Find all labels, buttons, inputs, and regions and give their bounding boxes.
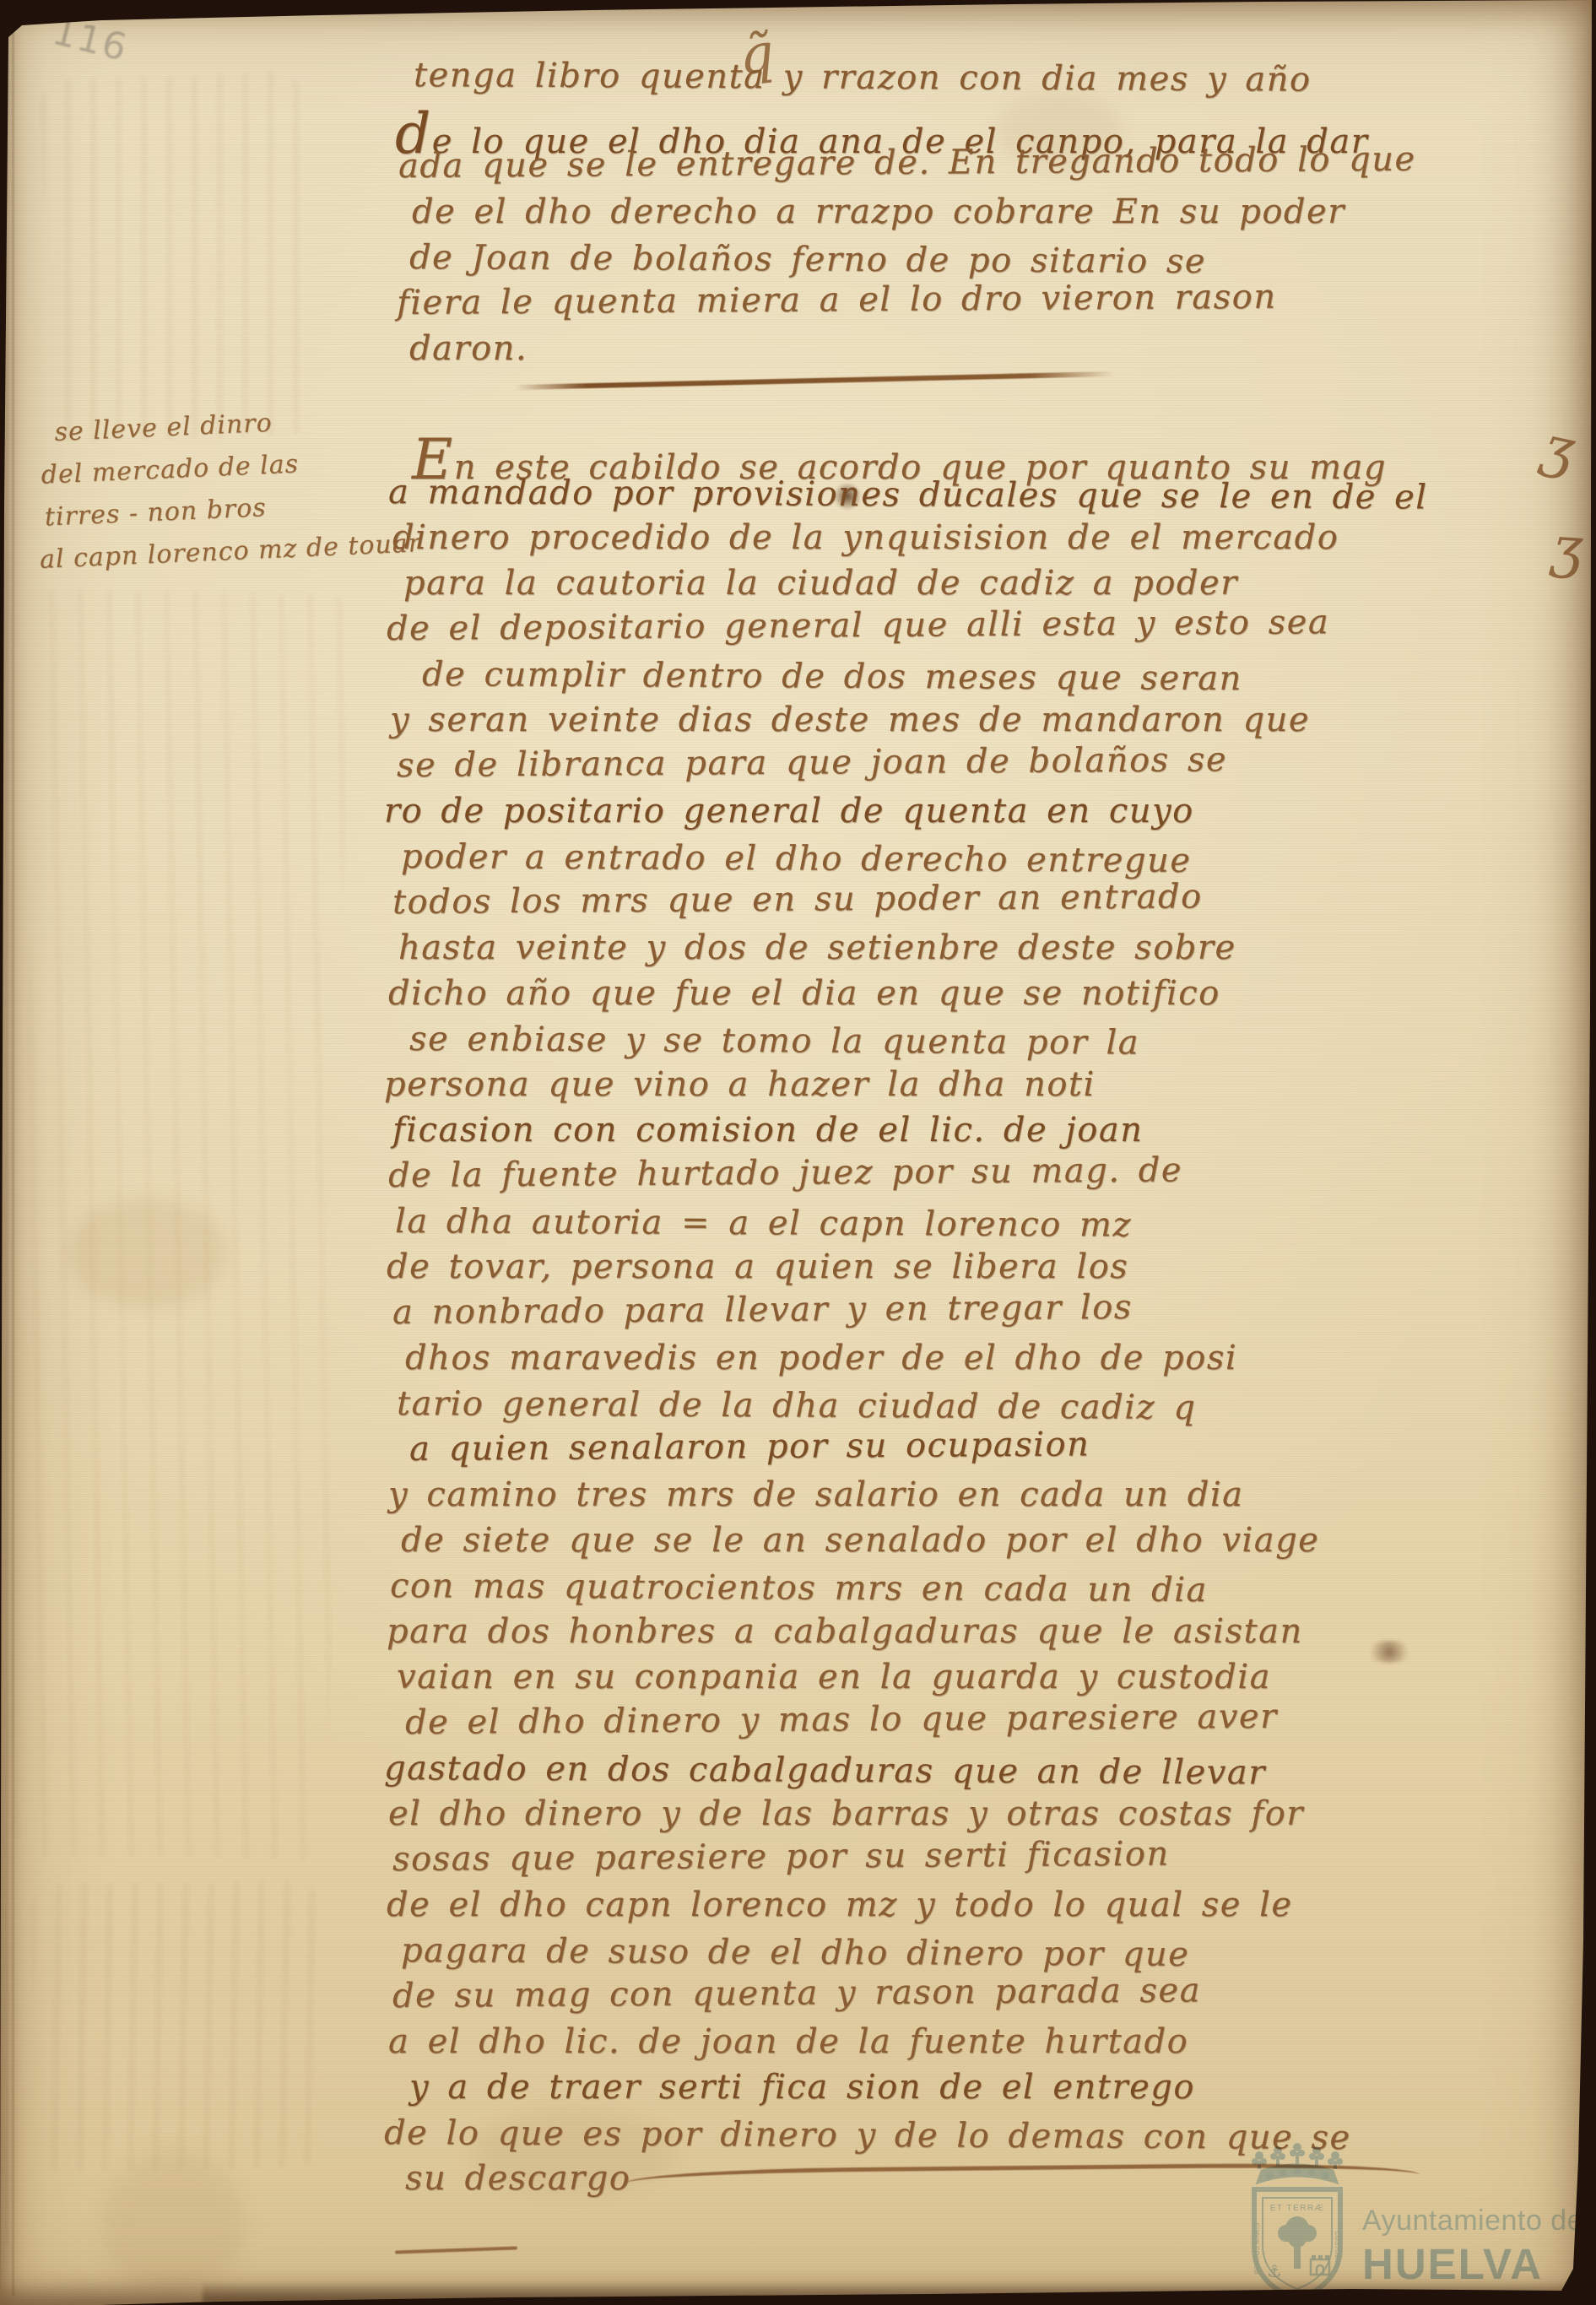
manuscript-line: se de libranca para que joan de bolaños … xyxy=(397,738,1570,792)
huelva-wordmark: Ayuntamiento de HUELVA xyxy=(1362,2205,1583,2289)
ink-showthrough xyxy=(41,72,315,444)
manuscript-line: hasta veinte y dos de setienbre deste so… xyxy=(398,928,1570,974)
manuscript-line: de cumplir dentro de dos meses que seran xyxy=(422,655,1570,706)
margin-note: se lleve el dinrodel mercado de lastirre… xyxy=(39,405,341,587)
paper-stain xyxy=(101,2152,245,2296)
manuscript-line: a mandado por provisiones ducales que se… xyxy=(388,473,1570,524)
manuscript-line: persona que vino a hazer la dha noti xyxy=(384,1065,1570,1111)
huelva-shield-icon: ET TERRÆ PORTUS MARIS CUSTODIA ⚓ xyxy=(1242,2139,1352,2305)
page-number: 116 xyxy=(48,10,133,70)
ink-flourish: ʒ xyxy=(1549,514,1585,581)
shield-motto-left: PORTUS MARIS xyxy=(1253,2223,1261,2275)
manuscript-line: con mas quatrocientos mrs en cada un dia xyxy=(390,1566,1570,1618)
ink-showthrough xyxy=(14,588,349,1859)
manuscript-text: tenga libro quenta y rrazon con dia mes … xyxy=(363,56,1570,2205)
manuscript-line: de el depositario general que alli esta … xyxy=(387,601,1570,655)
shield-motto-right: CUSTODIA xyxy=(1334,2231,1341,2266)
huelva-watermark: ET TERRÆ PORTUS MARIS CUSTODIA ⚓ Ayuntam… xyxy=(1242,2139,1596,2299)
manuscript-line: tenga libro quenta y rrazon con dia mes … xyxy=(414,56,1570,107)
manuscript-line: de siete que se le an senalado por el dh… xyxy=(401,1521,1570,1566)
paper-crease xyxy=(6,51,8,2245)
manuscript-line: gastado en dos cabalgaduras que an de ll… xyxy=(384,1749,1570,1800)
manuscript-line: la dha autoria = a el capn lorenco mz xyxy=(395,1202,1570,1253)
manuscript-line: se enbiase y se tomo la quenta por la xyxy=(409,1020,1570,1071)
manuscript-line: todos los mrs que en su poder an entrado xyxy=(392,874,1570,928)
manuscript-line: dhos maravedis en poder de el dho de pos… xyxy=(405,1339,1570,1384)
watermark-line1: Ayuntamiento de xyxy=(1362,2205,1583,2237)
manuscript-line: y camino tres mrs de salario en cada un … xyxy=(388,1475,1570,1521)
manuscript-line: a el dho lic. de joan de la fuente hurta… xyxy=(388,2022,1570,2068)
ink-showthrough xyxy=(31,1880,323,2172)
manuscript-line: dicho año que fue el dia en que se notif… xyxy=(388,974,1570,1020)
manuscript-line: de el dho capn lorenco mz y todo lo qual… xyxy=(387,1886,1570,1931)
manuscript-line: de su mag con quenta y rason parada sea xyxy=(392,1968,1570,2022)
manuscript-line: daron. xyxy=(409,329,1570,375)
scanned-manuscript-page: { "colors":{ "paper":"#e8d9b3","ink":"#8… xyxy=(0,0,1596,2305)
manuscript-line: y a de traer serti fica sion de el entre… xyxy=(409,2068,1570,2113)
manuscript-line: ro de positario general de quenta en cuy… xyxy=(384,792,1570,837)
manuscript-line: de el dho derecho a rrazpo cobrare En su… xyxy=(412,192,1570,238)
manuscript-line: de la fuente hurtado juez por su mag. de xyxy=(388,1148,1570,1202)
manuscript-line: a quien senalaron por su ocupasion xyxy=(409,1421,1570,1475)
anchor-icon: ⚓ xyxy=(1267,2261,1282,2281)
manuscript-line: a nonbrado para llevar y en tregar los xyxy=(392,1285,1570,1339)
manuscript-line: ada que se le entregare de. En tregando … xyxy=(398,138,1570,192)
watermark-line2: HUELVA xyxy=(1362,2239,1583,2289)
manuscript-line: para dos honbres a cabalgaduras que le a… xyxy=(387,1612,1570,1658)
paper-crease xyxy=(12,25,14,2296)
ink-rule xyxy=(395,2246,517,2254)
manuscript-line: sosas que paresiere por su serti ficasio… xyxy=(392,1832,1570,1886)
shield-motto-top: ET TERRÆ xyxy=(1270,2204,1324,2213)
manuscript-paper: 116 q̃ se lleve el dinrodel mercado de l… xyxy=(0,0,1596,2305)
manuscript-line: dinero procedido de la ynquisision de el… xyxy=(392,518,1570,564)
manuscript-line: En este cabildo se acordo que por quanto… xyxy=(412,427,1570,473)
manuscript-line: de el dho dinero y mas lo que paresiere … xyxy=(405,1695,1570,1749)
manuscript-line: fiera le quenta miera a el lo dro vieron… xyxy=(397,275,1570,329)
